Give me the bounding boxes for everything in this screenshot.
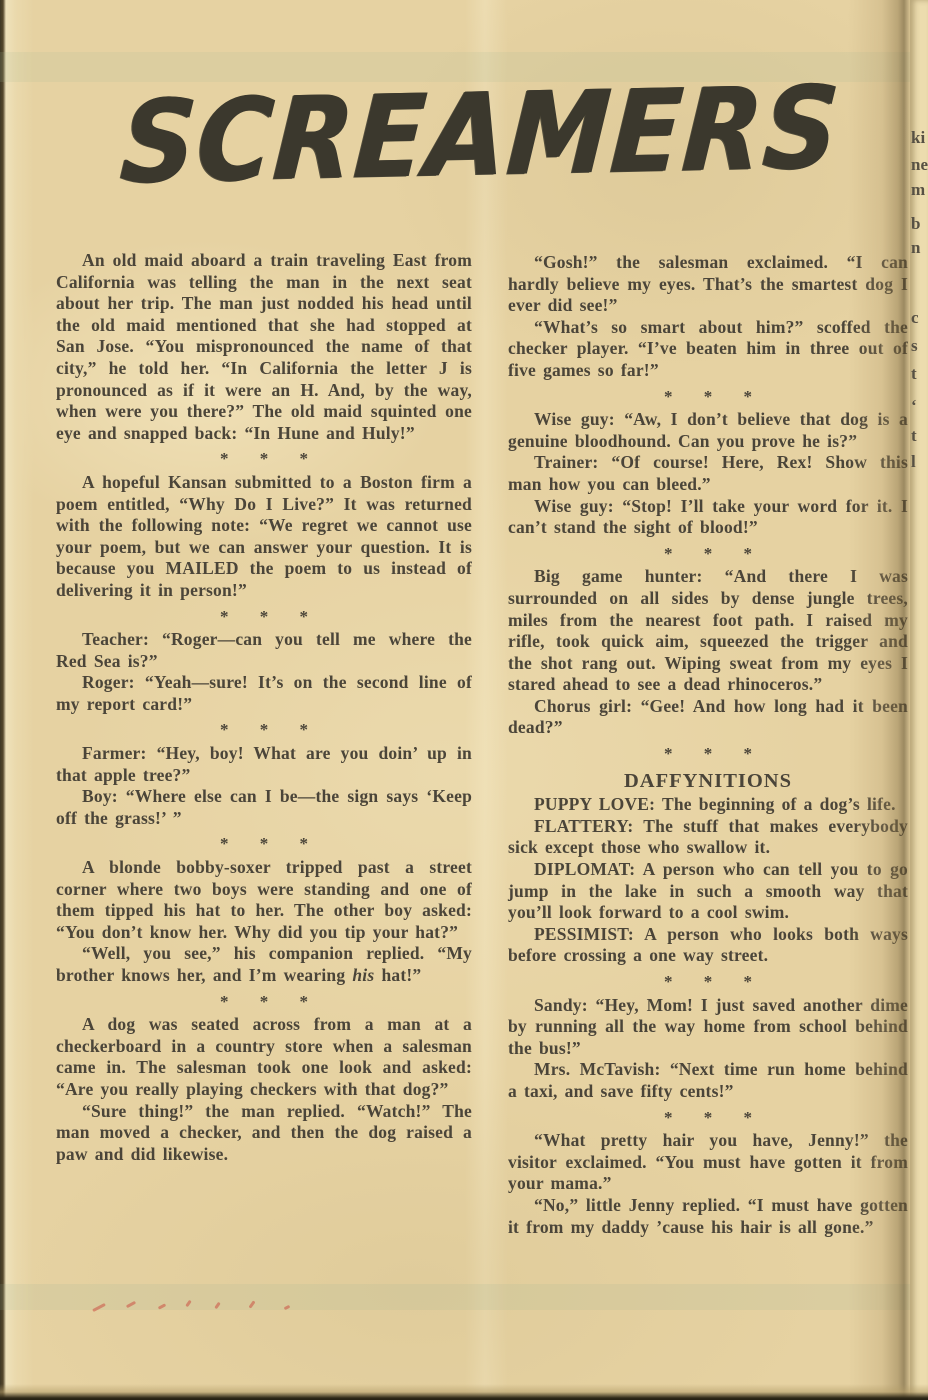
section-separator: * * * (56, 991, 472, 1013)
adjacent-page-text-fragment: t (911, 426, 917, 446)
joke-paragraph: “Sure thing!” the man replied. “Watch!” … (56, 1101, 472, 1166)
adjacent-page-text-fragment: ‘ (911, 396, 917, 416)
section-separator: * * * (56, 833, 472, 855)
adjacent-page-text-fragment: ki (911, 128, 925, 148)
section-separator: * * * (56, 448, 472, 470)
adjacent-page-text-fragments: kinembncst‘tl (908, 0, 928, 1400)
adjacent-page-text-fragment: ne (911, 155, 928, 175)
showthrough-band-bottom (0, 1284, 928, 1310)
page-bottom-edge-shadow (0, 1384, 928, 1400)
joke-paragraph: A dog was seated across from a man at a … (56, 1014, 472, 1100)
adjacent-page-text-fragment: s (911, 336, 918, 356)
adjacent-page-text-fragment: m (911, 180, 925, 200)
adjacent-page-text-fragment: b (911, 214, 920, 234)
joke-paragraph: A blonde bobby-soxer tripped past a stre… (56, 857, 472, 943)
joke-paragraph: An old maid aboard a train traveling Eas… (56, 250, 472, 444)
joke-paragraph: Roger: “Yeah—sure! It’s on the second li… (56, 672, 472, 715)
joke-paragraph: “Well, you see,” his companion replied. … (56, 943, 472, 986)
joke-paragraph: Boy: “Where else can I be—the sign says … (56, 786, 472, 829)
section-separator: * * * (56, 606, 472, 628)
adjacent-page-text-fragment: t (911, 364, 917, 384)
joke-paragraph: Teacher: “Roger—can you tell me where th… (56, 629, 472, 672)
page-title: SCREAMERS (113, 34, 848, 251)
left-column: An old maid aboard a train traveling Eas… (56, 250, 472, 1165)
page-left-edge-shadow (0, 0, 34, 1400)
page-gutter-fold-shadow (848, 0, 910, 1400)
joke-paragraph: A hopeful Kansan submitted to a Boston f… (56, 472, 472, 602)
adjacent-page-text-fragment: n (911, 238, 920, 258)
joke-paragraph: Farmer: “Hey, boy! What are you doin’ up… (56, 743, 472, 786)
adjacent-page-text-fragment: l (911, 452, 916, 472)
adjacent-page-text-fragment: c (911, 308, 919, 328)
scanned-magazine-page: SCREAMERS An old maid aboard a train tra… (0, 0, 928, 1400)
section-separator: * * * (56, 719, 472, 741)
